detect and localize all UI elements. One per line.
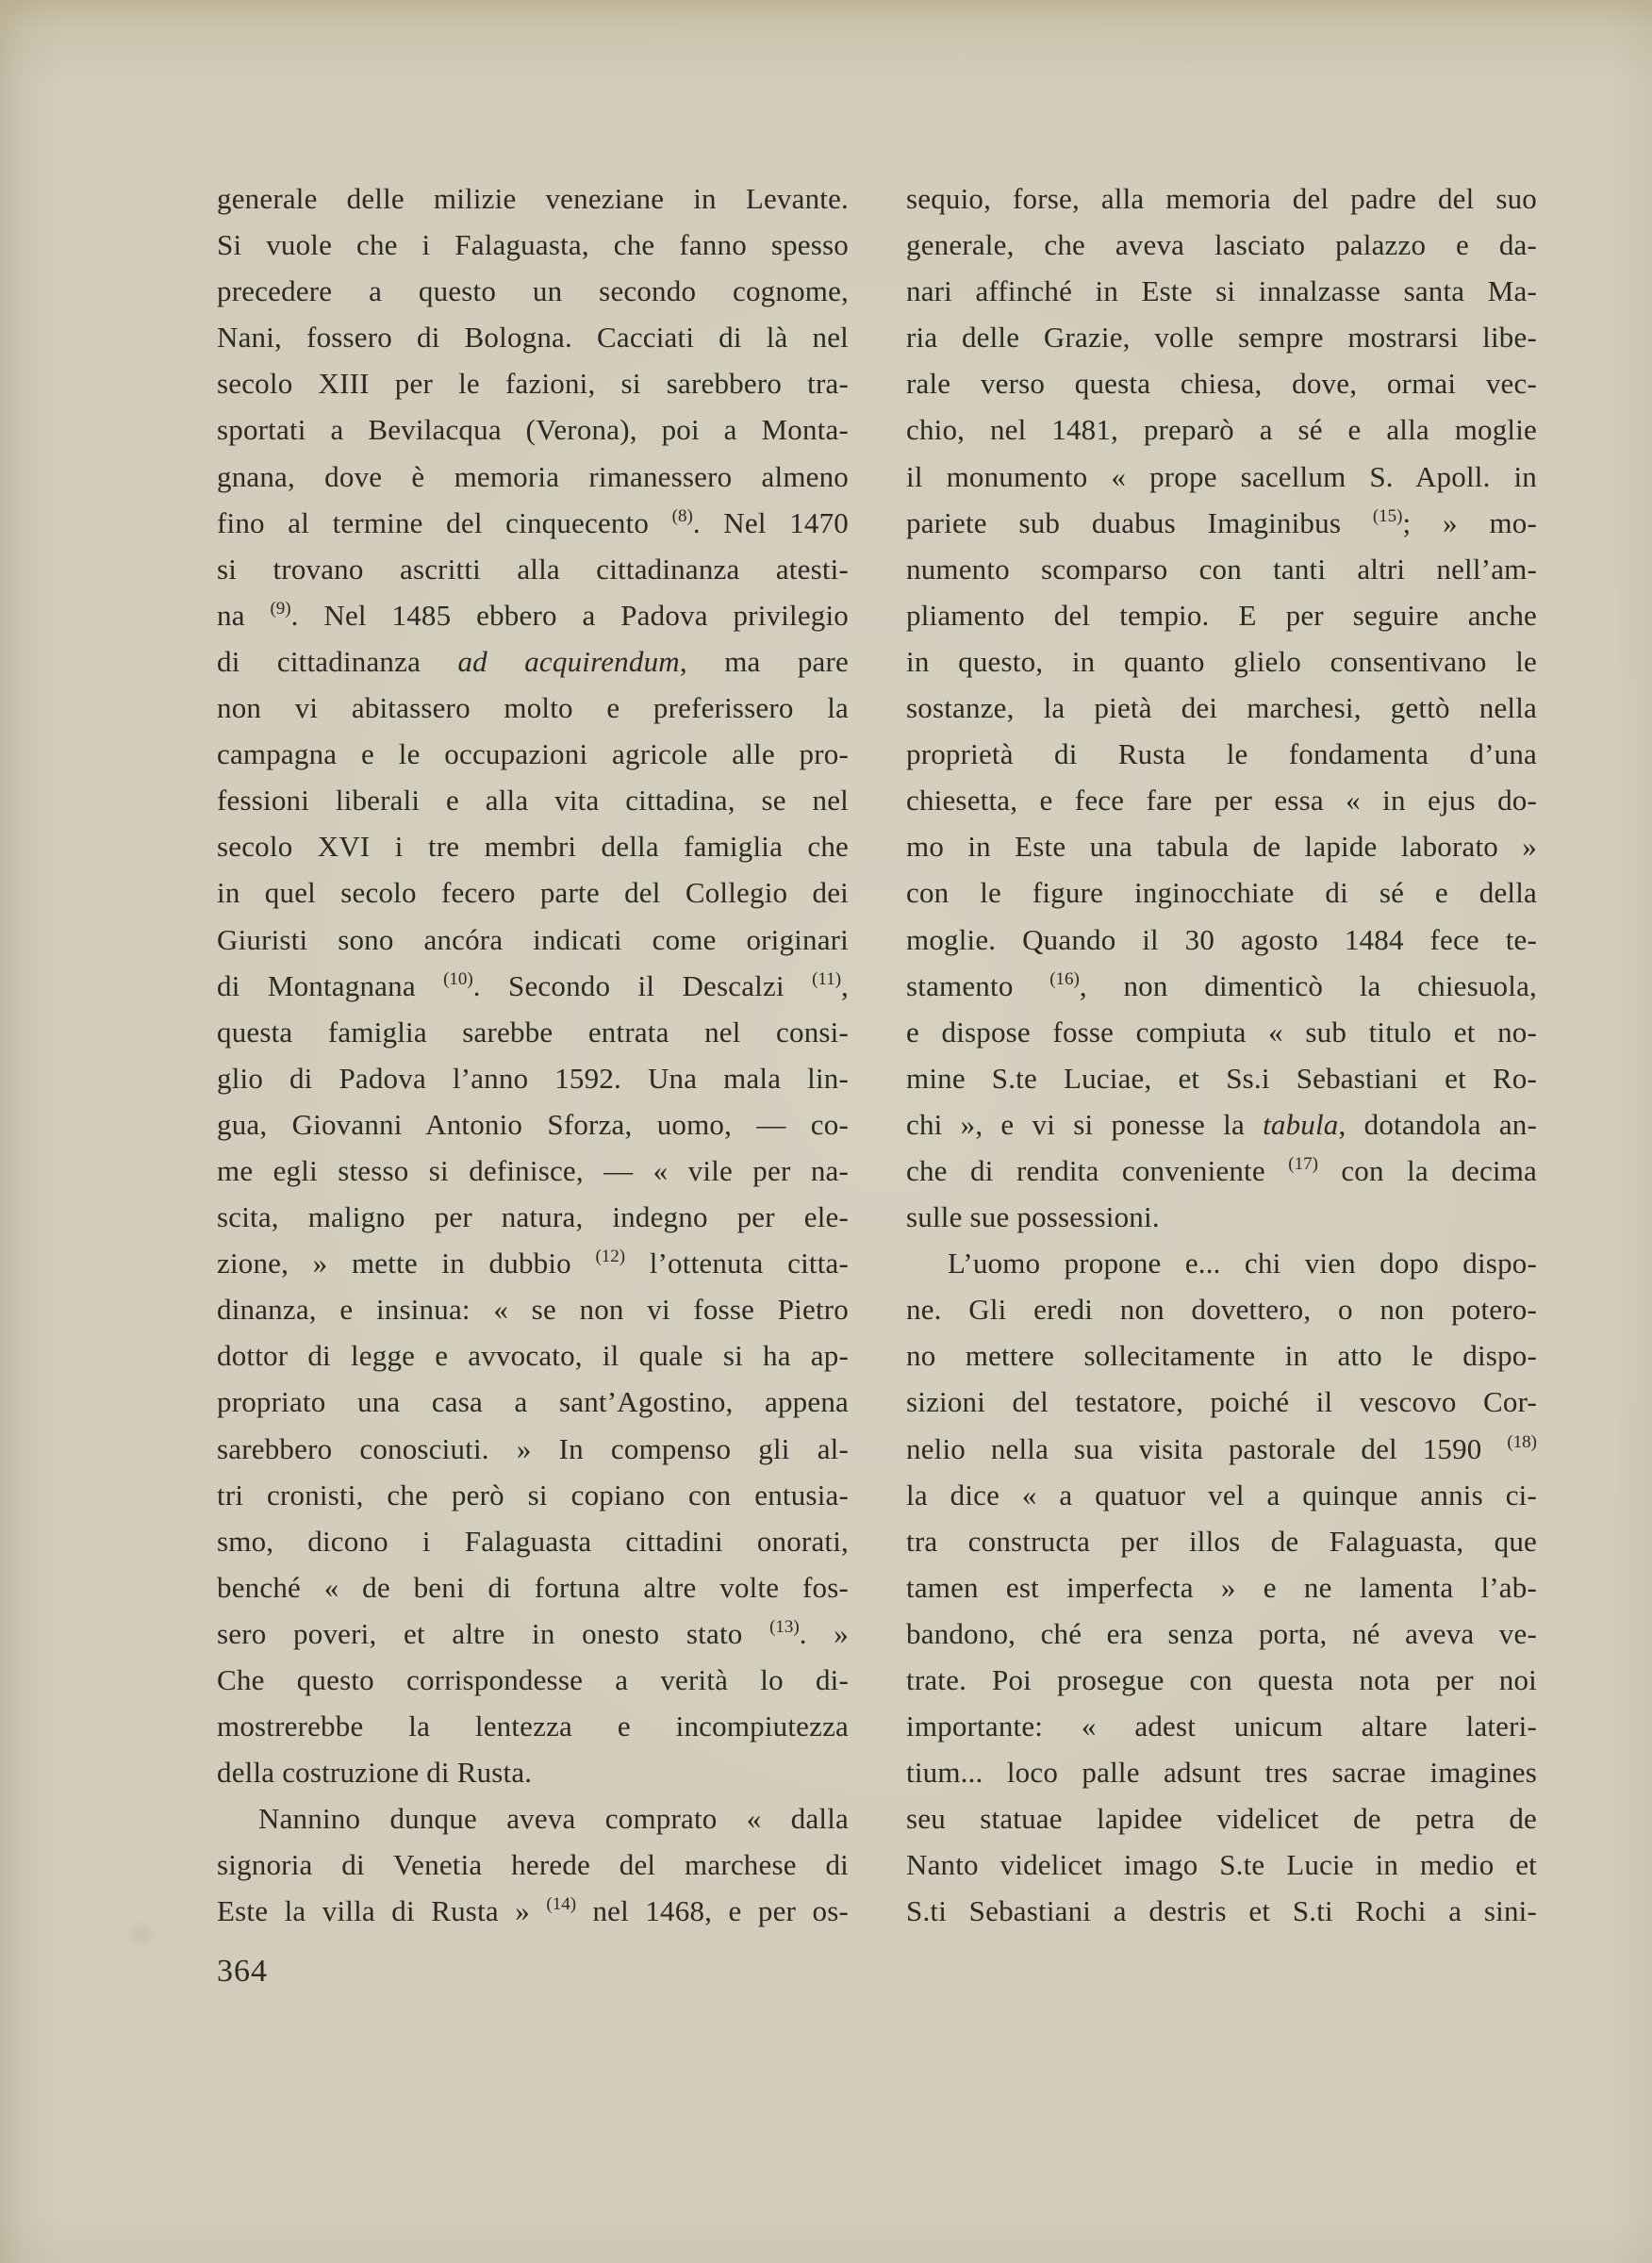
text-line: chi », e vi si ponesse la tabula, dotand… <box>906 1101 1537 1148</box>
text-segment: tium... loco palle adsunt tres sacrae im… <box>906 1756 1537 1789</box>
text-line: tamen est imperfecta » e ne lamenta l’ab… <box>906 1564 1537 1611</box>
text-line: precedere a questo un secondo cognome, <box>217 268 849 314</box>
text-segment: tri cronisti, che però si copiano con en… <box>217 1478 849 1511</box>
text-segment: , <box>841 969 849 1002</box>
text-segment: in questo, in quanto glielo consentivano… <box>906 645 1537 678</box>
text-line: moglie. Quando il 30 agosto 1484 fece te… <box>906 917 1537 963</box>
text-segment: chi », e vi si ponesse la <box>906 1108 1263 1141</box>
text-segment: con le figure inginocchiate di sé e dell… <box>906 876 1537 909</box>
text-line: con le figure inginocchiate di sé e dell… <box>906 869 1537 916</box>
text-line: bandono, ché era senza porta, né aveva v… <box>906 1611 1537 1657</box>
text-segment: nel 1468, e per os- <box>576 1894 849 1927</box>
text-line: tri cronisti, che però si copiano con en… <box>217 1472 849 1518</box>
text-line: smo, dicono i Falaguasta cittadini onora… <box>217 1518 849 1564</box>
text-segment: scita, maligno per natura, indegno per e… <box>217 1200 849 1233</box>
text-line: na (9). Nel 1485 ebbero a Padova privile… <box>217 592 849 638</box>
text-segment: ria delle Grazie, volle sempre mostrarsi… <box>906 321 1537 354</box>
text-line: in quel secolo fecero parte del Collegio… <box>217 869 849 916</box>
text-segment: L’uomo propone e... chi vien dopo dispo- <box>948 1247 1537 1280</box>
text-segment: zione, » mette in dubbio <box>217 1247 595 1280</box>
text-line: pariete sub duabus Imaginibus (15); » mo… <box>906 500 1537 546</box>
text-line: scita, maligno per natura, indegno per e… <box>217 1194 849 1240</box>
text-segment: la dice « a quatuor vel a quinque annis … <box>906 1478 1537 1511</box>
text-line: sostanze, la pietà dei marchesi, gettò n… <box>906 685 1537 731</box>
footnote-reference: (9) <box>270 599 290 619</box>
text-line: gnana, dove è memoria rimanessero almeno <box>217 454 849 500</box>
footnote-reference: (15) <box>1373 506 1403 526</box>
text-line: generale, che aveva lasciato palazzo e d… <box>906 222 1537 268</box>
text-segment: di cittadinanza <box>217 645 457 678</box>
text-segment: mostrerebbe la lentezza e incompiutezza <box>217 1710 849 1743</box>
text-line: mostrerebbe la lentezza e incompiutezza <box>217 1703 849 1749</box>
text-segment: chio, nel 1481, preparò a sé e alla mogl… <box>906 413 1537 446</box>
text-segment: trate. Poi prosegue con questa nota per … <box>906 1663 1537 1696</box>
text-line: importante: « adest unicum altare lateri… <box>906 1703 1537 1749</box>
text-segment: . Nel 1485 ebbero a Padova privilegio <box>291 599 849 632</box>
footnote-reference: (8) <box>672 506 693 526</box>
text-line: proprietà di Rusta le fondamenta d’una <box>906 731 1537 777</box>
text-segment: fino al termine del cinquecento <box>217 506 672 539</box>
text-line: mo in Este una tabula de lapide laborato… <box>906 823 1537 869</box>
text-line: propriato una casa a sant’Agostino, appe… <box>217 1379 849 1425</box>
text-segment: . Secondo il Descalzi <box>473 969 812 1002</box>
footnote-reference: (14) <box>546 1894 576 1914</box>
text-line: dinanza, e insinua: « se non vi fosse Pi… <box>217 1286 849 1332</box>
text-line: fino al termine del cinquecento (8). Nel… <box>217 500 849 546</box>
text-line: Este la villa di Rusta » (14) nel 1468, … <box>217 1888 849 1934</box>
text-segment: Giuristi sono ancóra indicati come origi… <box>217 923 849 956</box>
text-segment: dinanza, e insinua: « se non vi fosse Pi… <box>217 1293 849 1326</box>
text-line: in questo, in quanto glielo consentivano… <box>906 638 1537 685</box>
text-segment: . » <box>800 1617 849 1650</box>
text-segment: gnana, dove è memoria rimanessero almeno <box>217 460 849 493</box>
page-number: 364 <box>217 1954 268 1990</box>
text-segment: glio di Padova l’anno 1592. Una mala lin… <box>217 1062 849 1095</box>
text-line: generale delle milizie veneziane in Leva… <box>217 175 849 222</box>
text-segment: Nannino dunque aveva comprato « dalla <box>258 1802 849 1835</box>
footnote-reference: (13) <box>769 1617 800 1637</box>
text-segment: , non dimenticò la chiesuola, <box>1080 969 1537 1002</box>
text-segment: na <box>217 599 270 632</box>
footnote-reference: (11) <box>812 969 841 989</box>
text-line: mine S.te Luciae, et Ss.i Sebastiani et … <box>906 1055 1537 1101</box>
text-segment: sportati a Bevilacqua (Verona), poi a Mo… <box>217 413 849 446</box>
text-line: di cittadinanza ad acquirendum, ma pare <box>217 638 849 685</box>
text-line: e dispose fosse compiuta « sub titulo et… <box>906 1009 1537 1055</box>
text-line: benché « de beni di fortuna altre volte … <box>217 1564 849 1611</box>
text-segment: sostanze, la pietà dei marchesi, gettò n… <box>906 691 1537 724</box>
text-segment: . Nel 1470 <box>693 506 849 539</box>
text-line: pliamento del tempio. E per seguire anch… <box>906 592 1537 638</box>
italic-text: tabula <box>1263 1108 1338 1141</box>
text-line: di Montagnana (10). Secondo il Descalzi … <box>217 963 849 1009</box>
text-line: nari affinché in Este si innalzasse sant… <box>906 268 1537 314</box>
text-segment: gua, Giovanni Antonio Sforza, uomo, — co… <box>217 1108 849 1141</box>
text-line: campagna e le occupazioni agricole alle … <box>217 731 849 777</box>
text-line: stamento (16), non dimenticò la chiesuol… <box>906 963 1537 1009</box>
text-segment: benché « de beni di fortuna altre volte … <box>217 1571 849 1604</box>
text-line: signoria di Venetia herede del marchese … <box>217 1842 849 1888</box>
text-segment: , dotandola an- <box>1339 1108 1537 1141</box>
text-line: sequio, forse, alla memoria del padre de… <box>906 175 1537 222</box>
text-line: numento scomparso con tanti altri nell’a… <box>906 546 1537 592</box>
text-segment: della costruzione di Rusta. <box>217 1756 532 1789</box>
text-line: secolo XVI i tre membri della famiglia c… <box>217 823 849 869</box>
text-segment: Che questo corrispondesse a verità lo di… <box>217 1663 849 1696</box>
text-segment: ne. Gli eredi non dovettero, o non poter… <box>906 1293 1537 1326</box>
text-line: L’uomo propone e... chi vien dopo dispo- <box>906 1240 1537 1286</box>
text-segment: mine S.te Luciae, et Ss.i Sebastiani et … <box>906 1062 1537 1095</box>
text-line: secolo XIII per le fazioni, si sarebbero… <box>217 360 849 406</box>
text-line: sarebbero conosciuti. » In compenso gli … <box>217 1426 849 1472</box>
text-line: rale verso questa chiesa, dove, ormai ve… <box>906 360 1537 406</box>
footnote-reference: (16) <box>1049 969 1080 989</box>
text-segment: tamen est imperfecta » e ne lamenta l’ab… <box>906 1571 1537 1604</box>
text-segment: ; » mo- <box>1402 506 1537 539</box>
text-segment: sarebbero conosciuti. » In compenso gli … <box>217 1432 849 1465</box>
text-segment: importante: « adest unicum altare lateri… <box>906 1710 1537 1743</box>
text-segment: Nanto videlicet imago S.te Lucie in medi… <box>906 1848 1537 1881</box>
text-segment: , ma pare <box>680 645 849 678</box>
text-line: si trovano ascritti alla cittadinanza at… <box>217 546 849 592</box>
text-line: sero poveri, et altre in onesto stato (1… <box>217 1611 849 1657</box>
text-line: me egli stesso si definisce, — « vile pe… <box>217 1148 849 1194</box>
text-segment: si trovano ascritti alla cittadinanza at… <box>217 553 849 586</box>
text-line: sulle sue possessioni. <box>906 1194 1537 1240</box>
text-segment: pariete sub duabus Imaginibus <box>906 506 1373 539</box>
text-segment: e dispose fosse compiuta « sub titulo et… <box>906 1016 1537 1049</box>
text-segment: nari affinché in Este si innalzasse sant… <box>906 274 1537 307</box>
text-segment: secolo XVI i tre membri della famiglia c… <box>217 830 849 863</box>
text-segment: proprietà di Rusta le fondamenta d’una <box>906 737 1537 770</box>
scanned-page: generale delle milizie veneziane in Leva… <box>0 0 1652 2263</box>
footnote-reference: (17) <box>1288 1154 1318 1174</box>
text-segment: generale delle milizie veneziane in Leva… <box>217 182 849 215</box>
text-line: questa famiglia sarebbe entrata nel cons… <box>217 1009 849 1055</box>
text-segment: secolo XIII per le fazioni, si sarebbero… <box>217 367 849 400</box>
text-segment: no mettere sollecitamente in atto le dis… <box>906 1339 1537 1372</box>
text-segment: propriato una casa a sant’Agostino, appe… <box>217 1385 849 1418</box>
text-segment: Si vuole che i Falaguasta, che fanno spe… <box>217 228 849 261</box>
footnote-reference: (18) <box>1507 1432 1537 1452</box>
footnote-reference: (12) <box>595 1247 625 1266</box>
text-line: glio di Padova l’anno 1592. Una mala lin… <box>217 1055 849 1101</box>
text-line: Nannino dunque aveva comprato « dalla <box>217 1795 849 1842</box>
text-line: Giuristi sono ancóra indicati come origi… <box>217 917 849 963</box>
text-line: zione, » mette in dubbio (12) l’ottenuta… <box>217 1240 849 1286</box>
text-segment: di Montagnana <box>217 969 443 1002</box>
text-line: chio, nel 1481, preparò a sé e alla mogl… <box>906 406 1537 453</box>
text-segment: generale, che aveva lasciato palazzo e d… <box>906 228 1537 261</box>
text-segment: seu statuae lapidee videlicet de petra d… <box>906 1802 1537 1835</box>
text-line: trate. Poi prosegue con questa nota per … <box>906 1657 1537 1703</box>
left-text-column: generale delle milizie veneziane in Leva… <box>217 175 849 1935</box>
text-segment: sizioni del testatore, poiché il vescovo… <box>906 1385 1537 1418</box>
text-segment: nelio nella sua visita pastorale del 159… <box>906 1432 1507 1465</box>
text-line: non vi abitassero molto e preferissero l… <box>217 685 849 731</box>
text-segment: sequio, forse, alla memoria del padre de… <box>906 182 1537 215</box>
text-segment: Este la villa di Rusta » <box>217 1894 546 1927</box>
text-segment: sulle sue possessioni. <box>906 1200 1160 1233</box>
text-segment: in quel secolo fecero parte del Collegio… <box>217 876 849 909</box>
text-line: Si vuole che i Falaguasta, che fanno spe… <box>217 222 849 268</box>
text-line: Che questo corrispondesse a verità lo di… <box>217 1657 849 1703</box>
text-segment: non vi abitassero molto e preferissero l… <box>217 691 849 724</box>
text-segment: signoria di Venetia herede del marchese … <box>217 1848 849 1881</box>
text-line: Nanto videlicet imago S.te Lucie in medi… <box>906 1842 1537 1888</box>
text-segment: campagna e le occupazioni agricole alle … <box>217 737 849 770</box>
text-segment: questa famiglia sarebbe entrata nel cons… <box>217 1016 849 1049</box>
footnote-reference: (10) <box>443 969 473 989</box>
text-line: fessioni liberali e alla vita cittadina,… <box>217 777 849 823</box>
text-segment: il monumento « prope sacellum S. Apoll. … <box>906 460 1537 493</box>
text-line: che di rendita conveniente (17) con la d… <box>906 1148 1537 1194</box>
text-segment: sero poveri, et altre in onesto stato <box>217 1617 769 1650</box>
text-segment: fessioni liberali e alla vita cittadina,… <box>217 784 849 817</box>
text-line: tium... loco palle adsunt tres sacrae im… <box>906 1749 1537 1795</box>
text-segment: smo, dicono i Falaguasta cittadini onora… <box>217 1525 849 1558</box>
text-segment: l’ottenuta citta- <box>625 1247 849 1280</box>
text-line: il monumento « prope sacellum S. Apoll. … <box>906 454 1537 500</box>
text-segment: con la decima <box>1318 1154 1537 1187</box>
text-line: la dice « a quatuor vel a quinque annis … <box>906 1472 1537 1518</box>
right-text-column: sequio, forse, alla memoria del padre de… <box>906 175 1537 1935</box>
text-segment: moglie. Quando il 30 agosto 1484 fece te… <box>906 923 1537 956</box>
text-line: della costruzione di Rusta. <box>217 1749 849 1795</box>
text-segment: rale verso questa chiesa, dove, ormai ve… <box>906 367 1537 400</box>
text-line: sizioni del testatore, poiché il vescovo… <box>906 1379 1537 1425</box>
text-segment: che di rendita conveniente <box>906 1154 1288 1187</box>
text-line: nelio nella sua visita pastorale del 159… <box>906 1426 1537 1472</box>
text-line: chiesetta, e fece fare per essa « in eju… <box>906 777 1537 823</box>
text-segment: pliamento del tempio. E per seguire anch… <box>906 599 1537 632</box>
text-segment: S.ti Sebastiani a destris et S.ti Rochi … <box>906 1894 1537 1927</box>
text-line: ria delle Grazie, volle sempre mostrarsi… <box>906 314 1537 360</box>
text-line: gua, Giovanni Antonio Sforza, uomo, — co… <box>217 1101 849 1148</box>
text-segment: Nani, fossero di Bologna. Cacciati di là… <box>217 321 849 354</box>
text-segment: bandono, ché era senza porta, né aveva v… <box>906 1617 1537 1650</box>
text-line: S.ti Sebastiani a destris et S.ti Rochi … <box>906 1888 1537 1934</box>
text-line: seu statuae lapidee videlicet de petra d… <box>906 1795 1537 1842</box>
text-line: ne. Gli eredi non dovettero, o non poter… <box>906 1286 1537 1332</box>
text-line: Nani, fossero di Bologna. Cacciati di là… <box>217 314 849 360</box>
text-segment: precedere a questo un secondo cognome, <box>217 274 849 307</box>
text-line: sportati a Bevilacqua (Verona), poi a Mo… <box>217 406 849 453</box>
text-segment: numento scomparso con tanti altri nell’a… <box>906 553 1537 586</box>
text-segment: me egli stesso si definisce, — « vile pe… <box>217 1154 849 1187</box>
text-segment: chiesetta, e fece fare per essa « in eju… <box>906 784 1537 817</box>
text-line: dottor di legge e avvocato, il quale si … <box>217 1332 849 1379</box>
text-segment: stamento <box>906 969 1049 1002</box>
text-line: tra constructa per illos de Falaguasta, … <box>906 1518 1537 1564</box>
italic-text: ad acquirendum <box>457 645 679 678</box>
text-line: no mettere sollecitamente in atto le dis… <box>906 1332 1537 1379</box>
text-segment: tra constructa per illos de Falaguasta, … <box>906 1525 1537 1558</box>
text-segment: mo in Este una tabula de lapide laborato… <box>906 830 1537 863</box>
text-segment: dottor di legge e avvocato, il quale si … <box>217 1339 849 1372</box>
